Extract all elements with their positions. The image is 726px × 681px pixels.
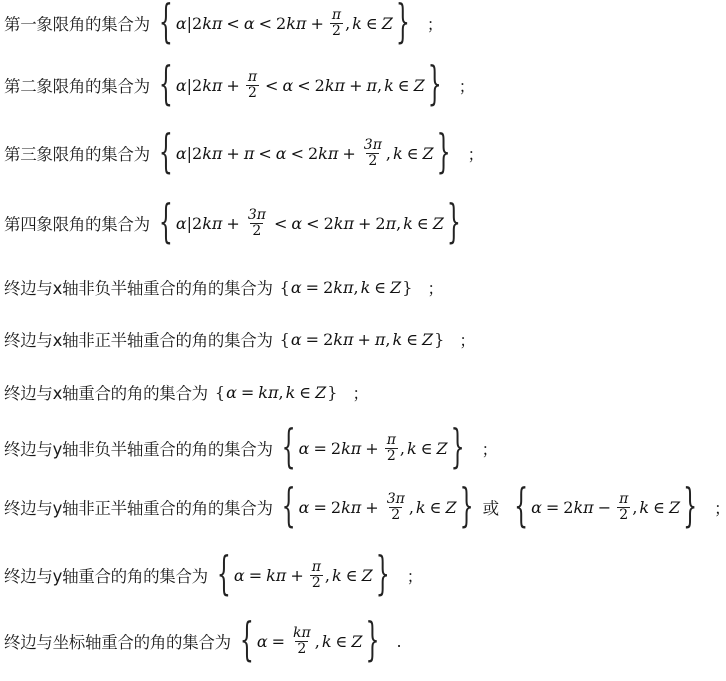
math-token: kπ (202, 14, 222, 33)
fraction-numerator: π (330, 8, 343, 23)
math-token: ∈ (407, 144, 419, 163)
left-brace-icon: { (159, 59, 173, 112)
math-token: α (299, 498, 310, 517)
formula-label: 终边与x轴非正半轴重合的角的集合为 (4, 327, 273, 351)
math-token: , (386, 144, 391, 163)
punctuation: ； (407, 564, 423, 587)
math-token: ∈ (406, 330, 418, 349)
formula-label: 终边与y轴重合的角的集合为 (4, 563, 208, 587)
math-token: π (244, 144, 255, 163)
set-expression: {α=kπ,k∈Z} (214, 383, 339, 402)
math-token: ∈ (346, 566, 358, 585)
set-expression: {α=2kπ+π,k∈Z} (279, 330, 446, 349)
math-token: Z (437, 439, 448, 458)
math-token: < (291, 144, 304, 163)
punctuation: ； (427, 12, 443, 35)
formula-label: 终边与坐标轴重合的角的集合为 (4, 629, 231, 653)
math-token: 2 (375, 214, 385, 233)
punctuation: ； (714, 496, 726, 519)
left-brace-icon: { (280, 278, 290, 297)
left-brace-icon: { (215, 383, 225, 402)
formula-line-x-axis: 终边与x轴重合的角的集合为{α=kπ,k∈Z}； (4, 380, 368, 404)
fraction: 3π2 (362, 138, 384, 168)
punctuation: ； (352, 381, 368, 404)
formula-line-y-nonnegative-half-axis: 终边与y轴非负半轴重合的角的集合为{α=2kπ+π2,k∈Z}； (4, 433, 498, 463)
fraction-denominator: 2 (250, 223, 263, 239)
math-token: , (325, 566, 330, 585)
left-brace-icon: { (280, 330, 290, 349)
fraction-numerator: 3π (362, 138, 384, 153)
math-token: kπ (334, 214, 354, 233)
math-token: α (276, 144, 287, 163)
set-expression: {α|2kπ<α<2kπ+π2,k∈Z} (156, 8, 413, 38)
left-brace-icon: { (217, 549, 231, 602)
math-token: Z (433, 214, 444, 233)
math-token: < (258, 144, 271, 163)
math-token: 2 (331, 439, 341, 458)
math-token: Z (362, 566, 373, 585)
punctuation: ； (427, 276, 443, 299)
math-token: k (403, 214, 413, 233)
math-token: α (299, 439, 310, 458)
fraction: 3π2 (246, 208, 268, 238)
formula-label: 第二象限角的集合为 (4, 73, 150, 97)
fraction-numerator: 3π (246, 208, 268, 223)
math-token: + (358, 214, 371, 233)
fraction: π2 (385, 433, 398, 463)
math-token: k (361, 278, 371, 297)
formula-label: 终边与y轴非正半轴重合的角的集合为 (4, 495, 273, 519)
math-token: + (365, 439, 378, 458)
math-token: kπ (202, 144, 222, 163)
math-token: kπ (318, 144, 338, 163)
math-token: ∈ (421, 439, 433, 458)
math-token: + (226, 214, 239, 233)
math-token: kπ (266, 566, 286, 585)
formula-line-fourth-quadrant: 第四象限角的集合为{α|2kπ+3π2<α<2kπ+2π,k∈Z} (4, 208, 464, 238)
fraction-numerator: kπ (291, 626, 313, 641)
math-token: α (291, 214, 302, 233)
fraction-denominator: 2 (246, 85, 259, 101)
set-expression: {α=2kπ+3π2,k∈Z} (279, 492, 477, 522)
math-token: Z (315, 383, 326, 402)
math-token: < (226, 14, 239, 33)
set-expression: {α|2kπ+3π2<α<2kπ+2π,k∈Z} (156, 208, 464, 238)
math-token: kπ (325, 76, 345, 95)
right-brace-icon: } (402, 278, 412, 297)
math-token: k (286, 383, 296, 402)
math-token: kπ (341, 439, 361, 458)
math-token: kπ (341, 498, 361, 517)
left-brace-icon: { (282, 422, 296, 475)
formula-label: 终边与y轴非负半轴重合的角的集合为 (4, 436, 273, 460)
math-token: ∈ (374, 278, 386, 297)
math-token: α (226, 383, 237, 402)
math-token: |2 (187, 214, 203, 233)
math-token: 2 (308, 144, 318, 163)
math-token: + (226, 76, 239, 95)
math-token: kπ (202, 76, 222, 95)
right-brace-icon: } (396, 0, 410, 49)
math-token: 2 (323, 278, 333, 297)
left-brace-icon: { (159, 0, 173, 49)
math-token: + (342, 144, 355, 163)
math-token: α (244, 14, 255, 33)
math-token: = (313, 498, 326, 517)
math-token: α (531, 498, 542, 517)
fraction: kπ2 (291, 626, 313, 656)
set-expression: {α=2kπ+π2,k∈Z} (279, 433, 468, 463)
fraction-numerator: π (385, 433, 398, 448)
left-brace-icon: { (240, 615, 254, 668)
set-expression: {α=kπ2,k∈Z} (237, 626, 383, 656)
math-token: , (396, 214, 401, 233)
math-token: , (279, 383, 284, 402)
math-token: π (386, 214, 397, 233)
punctuation: ； (459, 328, 475, 351)
fraction-denominator: 2 (310, 575, 323, 591)
math-token: 2 (315, 76, 325, 95)
right-brace-icon: } (447, 197, 461, 250)
fraction-denominator: 2 (295, 641, 308, 657)
math-token: ∈ (366, 14, 378, 33)
formula-line-coordinate-axes: 终边与坐标轴重合的角的集合为{α=kπ2,k∈Z}. (4, 626, 402, 656)
math-token: π (366, 76, 377, 95)
math-token: ∈ (430, 498, 442, 517)
set-expression: {α|2kπ+π<α<2kπ+3π2,k∈Z} (156, 138, 454, 168)
formula-label: 第一象限角的集合为 (4, 11, 150, 35)
math-token: = (313, 439, 326, 458)
set-expression: {α=kπ+π2,k∈Z} (214, 560, 393, 590)
math-token: Z (423, 144, 434, 163)
math-token: < (274, 214, 287, 233)
fraction-numerator: π (310, 560, 323, 575)
math-token: α (291, 278, 302, 297)
math-token: , (315, 632, 320, 651)
set-expression: {α=2kπ,k∈Z} (279, 278, 414, 297)
math-token: < (259, 14, 272, 33)
left-brace-icon: { (159, 127, 173, 180)
right-brace-icon: } (376, 549, 390, 602)
math-token: Z (422, 330, 433, 349)
math-token: 2 (276, 14, 286, 33)
math-token: kπ (333, 278, 353, 297)
fraction-numerator: π (246, 70, 259, 85)
math-token: = (241, 383, 254, 402)
right-brace-icon: } (437, 127, 451, 180)
fraction: π2 (330, 8, 343, 38)
right-brace-icon: } (365, 615, 379, 668)
fraction: π2 (246, 70, 259, 100)
math-token: = (546, 498, 559, 517)
fraction-denominator: 2 (617, 507, 630, 523)
formula-label: 第三象限角的集合为 (4, 141, 150, 165)
math-token: α (257, 632, 268, 651)
punctuation: ； (468, 142, 484, 165)
fraction-denominator: 2 (366, 153, 379, 169)
math-token: α (282, 76, 293, 95)
math-token: α (234, 566, 245, 585)
math-token: k (416, 498, 426, 517)
math-token: kπ (202, 214, 222, 233)
fraction-denominator: 2 (389, 507, 402, 523)
math-token: |2 (187, 76, 203, 95)
set-expression: {α=2kπ−π2,k∈Z} (511, 492, 700, 522)
math-token: ∈ (417, 214, 429, 233)
math-token: < (297, 76, 310, 95)
math-token: + (310, 14, 323, 33)
math-token: Z (351, 632, 362, 651)
math-token: + (365, 498, 378, 517)
left-brace-icon: { (514, 481, 528, 534)
left-brace-icon: { (159, 197, 173, 250)
math-token: k (393, 330, 403, 349)
math-token: 2 (331, 498, 341, 517)
fraction: π2 (617, 492, 630, 522)
math-token: − (598, 498, 611, 517)
math-token: ∈ (398, 76, 410, 95)
math-token: , (409, 498, 414, 517)
right-brace-icon: } (327, 383, 337, 402)
right-brace-icon: } (434, 330, 444, 349)
math-token: 2 (563, 498, 573, 517)
fraction-denominator: 2 (385, 448, 398, 464)
punctuation: ； (459, 74, 475, 97)
math-token: 2 (324, 214, 334, 233)
math-token: = (306, 330, 319, 349)
formula-line-x-nonnegative-half-axis: 终边与x轴非负半轴重合的角的集合为{α=2kπ,k∈Z}； (4, 275, 443, 299)
math-token: < (265, 76, 278, 95)
math-token: α (176, 76, 187, 95)
right-brace-icon: } (428, 59, 442, 112)
fraction-denominator: 2 (330, 23, 343, 39)
math-token: k (352, 14, 362, 33)
math-token: + (357, 330, 370, 349)
math-token: = (306, 278, 319, 297)
right-brace-icon: } (460, 481, 474, 534)
math-token: = (272, 632, 285, 651)
punctuation: . (396, 632, 401, 651)
math-token: |2 (187, 144, 203, 163)
formula-label: 终边与x轴重合的角的集合为 (4, 380, 208, 404)
math-token: , (632, 498, 637, 517)
fraction: π2 (310, 560, 323, 590)
math-token: π (375, 330, 386, 349)
left-brace-icon: { (282, 481, 296, 534)
math-token: Z (445, 498, 456, 517)
math-token: , (377, 76, 382, 95)
math-token: kπ (573, 498, 593, 517)
formula-label: 终边与x轴非负半轴重合的角的集合为 (4, 275, 273, 299)
right-brace-icon: } (683, 481, 697, 534)
math-token: + (226, 144, 239, 163)
math-token: α (176, 144, 187, 163)
math-token: α (291, 330, 302, 349)
math-token: , (385, 330, 390, 349)
math-token: < (306, 214, 319, 233)
math-token: kπ (286, 14, 306, 33)
math-token: Z (382, 14, 393, 33)
fraction-numerator: π (617, 492, 630, 507)
right-brace-icon: } (451, 422, 465, 475)
math-token: k (384, 76, 394, 95)
fraction-numerator: 3π (385, 492, 407, 507)
formula-line-first-quadrant: 第一象限角的集合为{α|2kπ<α<2kπ+π2,k∈Z}； (4, 8, 443, 38)
math-token: |2 (187, 14, 203, 33)
math-token: α (176, 214, 187, 233)
math-token: k (407, 439, 417, 458)
formula-line-second-quadrant: 第二象限角的集合为{α|2kπ+π2<α<2kπ+π,k∈Z}； (4, 70, 475, 100)
math-token: k (393, 144, 403, 163)
formula-line-third-quadrant: 第三象限角的集合为{α|2kπ+π<α<2kπ+3π2,k∈Z}； (4, 138, 484, 168)
math-token: Z (390, 278, 401, 297)
or-connector: 或 (483, 495, 500, 519)
fraction: 3π2 (385, 492, 407, 522)
math-token: ∈ (336, 632, 348, 651)
formula-line-x-nonpositive-half-axis: 终边与x轴非正半轴重合的角的集合为{α=2kπ+π,k∈Z}； (4, 327, 475, 351)
math-token: k (639, 498, 649, 517)
math-token: + (290, 566, 303, 585)
set-expression: {α|2kπ+π2<α<2kπ+π,k∈Z} (156, 70, 445, 100)
math-token: ∈ (653, 498, 665, 517)
math-token: Z (414, 76, 425, 95)
formula-line-y-axis: 终边与y轴重合的角的集合为{α=kπ+π2,k∈Z}； (4, 560, 423, 590)
math-token: Z (669, 498, 680, 517)
math-token: ∈ (299, 383, 311, 402)
math-token: α (176, 14, 187, 33)
math-token: k (332, 566, 342, 585)
formula-label: 第四象限角的集合为 (4, 211, 150, 235)
math-token: + (349, 76, 362, 95)
math-token: 2 (323, 330, 333, 349)
math-token: = (249, 566, 262, 585)
math-token: kπ (333, 330, 353, 349)
math-token: kπ (258, 383, 278, 402)
math-token: , (400, 439, 405, 458)
punctuation: ； (482, 437, 498, 460)
math-token: , (353, 278, 358, 297)
math-token: , (345, 14, 350, 33)
formula-line-y-nonpositive-half-axis: 终边与y轴非正半轴重合的角的集合为{α=2kπ+3π2,k∈Z}或{α=2kπ−… (4, 492, 726, 522)
math-token: k (322, 632, 332, 651)
